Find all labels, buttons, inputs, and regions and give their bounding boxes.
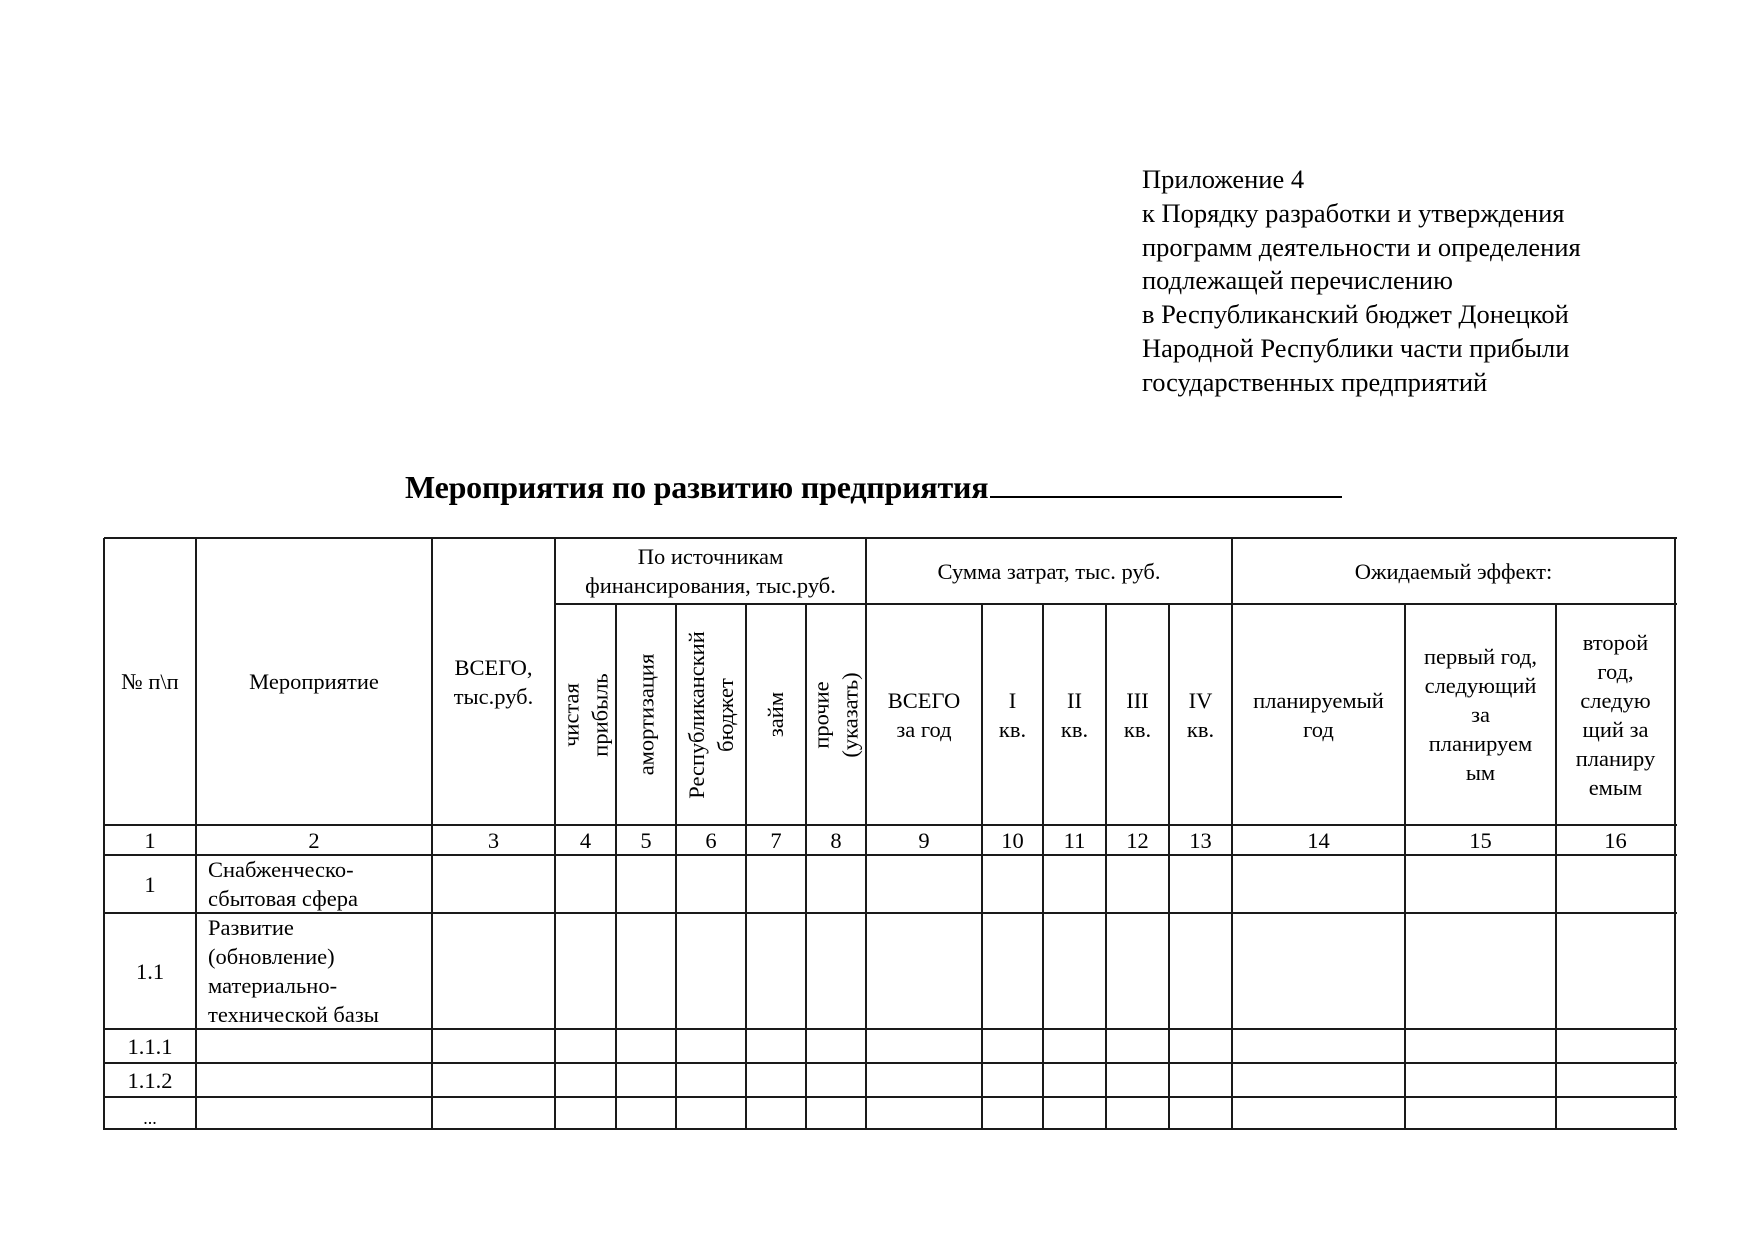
- table-cell-input[interactable]: [866, 1097, 982, 1129]
- table-cell-input[interactable]: [806, 913, 866, 1029]
- table-cell-input[interactable]: [1232, 1063, 1405, 1097]
- table-rule: [431, 538, 433, 1130]
- table-rule: [981, 604, 983, 1130]
- header-source-2: амортизация: [616, 604, 676, 825]
- table-cell-input[interactable]: [746, 1063, 806, 1097]
- table-rule: [104, 912, 1677, 914]
- column-number: 3: [432, 825, 555, 855]
- table-cell-input[interactable]: [1106, 855, 1169, 913]
- table-cell-input[interactable]: [616, 1063, 676, 1097]
- table-cell-input[interactable]: [1106, 1063, 1169, 1097]
- table-rule: [104, 537, 1677, 539]
- header-cost-3: II кв.: [1043, 604, 1106, 825]
- table-cell-input[interactable]: [616, 913, 676, 1029]
- table-rule: [1105, 604, 1107, 1130]
- table-cell-input[interactable]: [866, 1063, 982, 1097]
- table-cell-input[interactable]: [982, 913, 1043, 1029]
- table-cell-input[interactable]: [1405, 1029, 1556, 1063]
- column-number: 13: [1169, 825, 1232, 855]
- table-cell-input[interactable]: [1106, 913, 1169, 1029]
- table-cell-input[interactable]: [1556, 1063, 1675, 1097]
- row-measure: Развитие (обновление) материально- техни…: [196, 913, 432, 1029]
- table-rule: [104, 1028, 1677, 1030]
- table-cell-input[interactable]: [616, 1029, 676, 1063]
- table-cell-input[interactable]: [676, 913, 746, 1029]
- header-cost-2: I кв.: [982, 604, 1043, 825]
- table-cell-input[interactable]: [1106, 1097, 1169, 1129]
- table-cell-input[interactable]: [1232, 1029, 1405, 1063]
- header-effect-1: планируемый год: [1232, 604, 1405, 825]
- header-source-1: чистая прибыль: [555, 604, 616, 825]
- table-cell-input[interactable]: [616, 855, 676, 913]
- table-cell-input[interactable]: [1556, 913, 1675, 1029]
- table-cell-input[interactable]: [746, 1097, 806, 1129]
- table-cell-input[interactable]: [555, 1097, 616, 1129]
- header-measure: Мероприятие: [196, 538, 432, 825]
- header-cost-5: IV кв.: [1169, 604, 1232, 825]
- table-rule: [1231, 538, 1233, 1130]
- header-effect-group: Ожидаемый эффект:: [1232, 538, 1675, 604]
- header-effect-2: первый год, следующий за планируем ым: [1405, 604, 1556, 825]
- table-cell-input[interactable]: [982, 1029, 1043, 1063]
- row-measure: [196, 1029, 432, 1063]
- table-cell-input[interactable]: [1405, 913, 1556, 1029]
- measures-table: № п\пМероприятиеВСЕГО, тыс.руб.По источн…: [0, 0, 1754, 1241]
- header-total: ВСЕГО, тыс.руб.: [432, 538, 555, 825]
- table-cell-input[interactable]: [676, 855, 746, 913]
- table-cell-input[interactable]: [1556, 1029, 1675, 1063]
- table-cell-input[interactable]: [746, 913, 806, 1029]
- table-rule: [745, 604, 747, 1130]
- header-effect-3: второй год, следую щий за планиру емым: [1556, 604, 1675, 825]
- table-cell-input[interactable]: [616, 1097, 676, 1129]
- table-rule: [865, 538, 867, 1130]
- table-cell-input[interactable]: [555, 1063, 616, 1097]
- column-number: 6: [676, 825, 746, 855]
- row-number: ...: [104, 1097, 196, 1129]
- header-source-4: займ: [746, 604, 806, 825]
- column-number: 10: [982, 825, 1043, 855]
- table-rule: [1404, 604, 1406, 1130]
- column-number: 5: [616, 825, 676, 855]
- table-cell-input[interactable]: [1169, 913, 1232, 1029]
- table-cell-input[interactable]: [982, 1063, 1043, 1097]
- table-cell-input[interactable]: [432, 1097, 555, 1129]
- table-cell-input[interactable]: [1405, 1097, 1556, 1129]
- column-number: 12: [1106, 825, 1169, 855]
- table-rule: [103, 538, 105, 1130]
- header-num: № п\п: [104, 538, 196, 825]
- table-cell-input[interactable]: [1405, 1063, 1556, 1097]
- table-rule: [554, 538, 556, 1130]
- table-rule: [555, 603, 1677, 605]
- table-cell-input[interactable]: [555, 855, 616, 913]
- header-sources-group: По источникам финансирования, тыс.руб.: [555, 538, 866, 604]
- table-cell-input[interactable]: [982, 855, 1043, 913]
- header-source-3: Республиканский бюджет: [676, 604, 746, 825]
- table-cell-input[interactable]: [676, 1063, 746, 1097]
- column-number: 14: [1232, 825, 1405, 855]
- column-number: 15: [1405, 825, 1556, 855]
- table-cell-input[interactable]: [1232, 1097, 1405, 1129]
- column-number: 16: [1556, 825, 1675, 855]
- table-cell-input[interactable]: [432, 1063, 555, 1097]
- row-measure: Снабженческо- сбытовая сфера: [196, 855, 432, 913]
- table-rule: [615, 604, 617, 1130]
- column-number: 11: [1043, 825, 1106, 855]
- header-costs-group: Сумма затрат, тыс. руб.: [866, 538, 1232, 604]
- column-number: 2: [196, 825, 432, 855]
- row-number: 1.1: [104, 913, 196, 1029]
- header-source-5-label: прочие (указать): [807, 672, 865, 757]
- table-rule: [675, 604, 677, 1130]
- row-number: 1: [104, 855, 196, 913]
- table-cell-input[interactable]: [806, 1063, 866, 1097]
- header-cost-1: ВСЕГО за год: [866, 604, 982, 825]
- table-cell-input[interactable]: [1232, 855, 1405, 913]
- table-cell-input[interactable]: [676, 1097, 746, 1129]
- table-cell-input[interactable]: [806, 1029, 866, 1063]
- table-cell-input[interactable]: [432, 855, 555, 913]
- column-number: 8: [806, 825, 866, 855]
- table-cell-input[interactable]: [1169, 1063, 1232, 1097]
- header-source-5: прочие (указать): [806, 604, 866, 825]
- table-rule: [104, 854, 1677, 856]
- table-rule: [195, 538, 197, 1130]
- table-cell-input[interactable]: [1556, 1097, 1675, 1129]
- table-cell-input[interactable]: [866, 855, 982, 913]
- table-rule: [104, 824, 1677, 826]
- column-number: 7: [746, 825, 806, 855]
- table-cell-input[interactable]: [866, 1029, 982, 1063]
- table-cell-input[interactable]: [1043, 1063, 1106, 1097]
- table-rule: [1168, 604, 1170, 1130]
- table-cell-input[interactable]: [746, 855, 806, 913]
- table-rule: [1042, 604, 1044, 1130]
- table-cell-input[interactable]: [1169, 1097, 1232, 1129]
- header-source-4-label: займ: [762, 692, 791, 737]
- table-cell-input[interactable]: [1405, 855, 1556, 913]
- table-rule: [805, 604, 807, 1130]
- table-cell-input[interactable]: [432, 1029, 555, 1063]
- row-number: 1.1.2: [104, 1063, 196, 1097]
- table-cell-input[interactable]: [1169, 855, 1232, 913]
- column-number: 4: [555, 825, 616, 855]
- header-cost-4: III кв.: [1106, 604, 1169, 825]
- table-cell-input[interactable]: [555, 1029, 616, 1063]
- header-source-2-label: амортизация: [632, 654, 661, 776]
- header-source-3-label: Республиканский бюджет: [682, 631, 740, 799]
- table-cell-input[interactable]: [1232, 913, 1405, 1029]
- row-measure: [196, 1063, 432, 1097]
- header-source-1-label: чистая прибыль: [557, 673, 615, 756]
- table-cell-input[interactable]: [746, 1029, 806, 1063]
- table-rule: [1674, 538, 1676, 1130]
- table-cell-input[interactable]: [806, 855, 866, 913]
- table-cell-input[interactable]: [1043, 1029, 1106, 1063]
- column-number: 1: [104, 825, 196, 855]
- table-cell-input[interactable]: [1106, 1029, 1169, 1063]
- table-cell-input[interactable]: [982, 1097, 1043, 1129]
- row-number: 1.1.1: [104, 1029, 196, 1063]
- table-cell-input[interactable]: [432, 913, 555, 1029]
- table-cell-input[interactable]: [555, 913, 616, 1029]
- table-cell-input[interactable]: [1043, 855, 1106, 913]
- table-cell-input[interactable]: [1043, 1097, 1106, 1129]
- table-cell-input[interactable]: [676, 1029, 746, 1063]
- table-cell-input[interactable]: [1169, 1029, 1232, 1063]
- table-cell-input[interactable]: [806, 1097, 866, 1129]
- table-cell-input[interactable]: [1556, 855, 1675, 913]
- table-rule: [104, 1128, 1677, 1130]
- table-cell-input[interactable]: [1043, 913, 1106, 1029]
- column-number: 9: [866, 825, 982, 855]
- table-rule: [1555, 604, 1557, 1130]
- table-rule: [104, 1096, 1677, 1098]
- table-cell-input[interactable]: [866, 913, 982, 1029]
- row-measure: [196, 1097, 432, 1129]
- table-rule: [104, 1062, 1677, 1064]
